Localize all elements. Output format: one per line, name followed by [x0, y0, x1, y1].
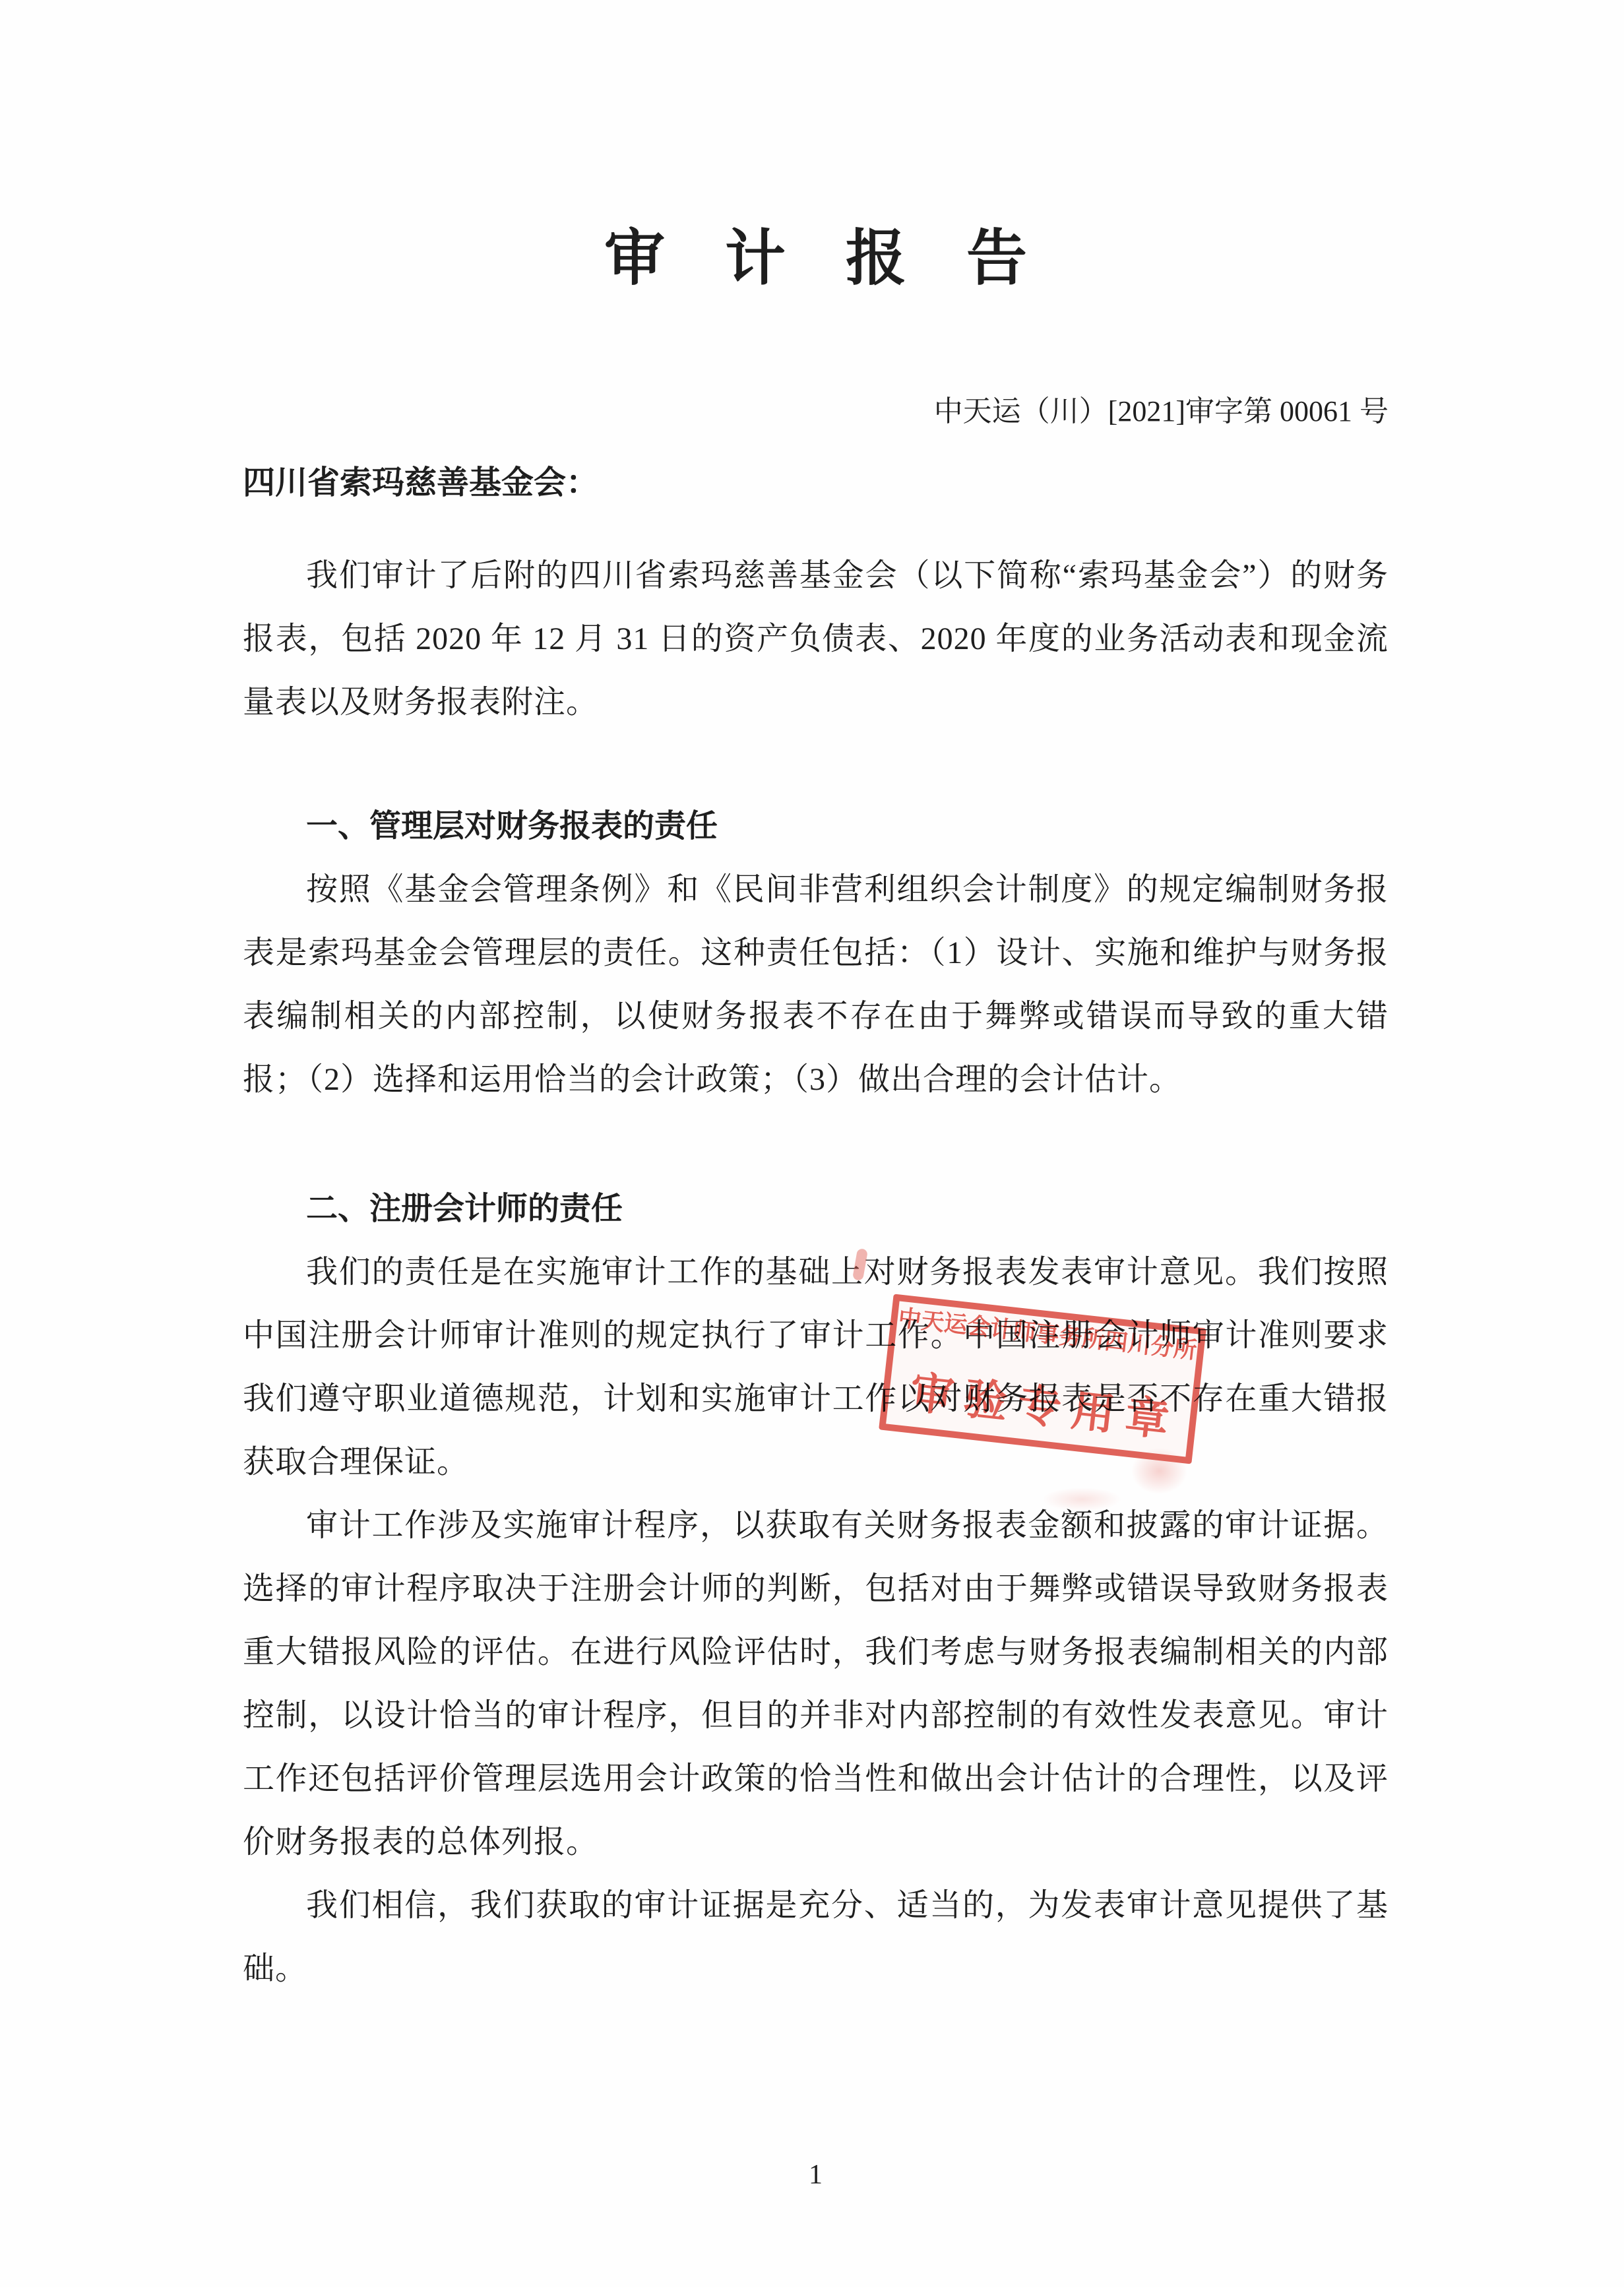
document-content: 审 计 报 告 中天运（川）[2021]审字第 00061 号 四川省索玛慈善基… [0, 0, 1624, 2001]
section-2-paragraph-3: 我们相信，我们获取的审计证据是充分、适当的，为发表审计意见提供了基础。 [243, 1874, 1389, 2001]
page-number: 1 [243, 2158, 1389, 2191]
section-1-paragraph-1: 按照《基金会管理条例》和《民间非营利组织会计制度》的规定编制财务报表是索玛基金会… [243, 858, 1389, 1112]
addressee-line: 四川省索玛慈善基金会： [243, 461, 1389, 505]
document-title: 审 计 报 告 [243, 224, 1411, 293]
audit-report-page: 审 计 报 告 中天运（川）[2021]审字第 00061 号 四川省索玛慈善基… [0, 0, 1624, 2287]
section-2-heading: 二、注册会计师的责任 [306, 1177, 1389, 1241]
section-2-paragraph-2: 审计工作涉及实施审计程序，以获取有关财务报表金额和披露的审计证据。选择的审计程序… [243, 1494, 1389, 1874]
section-2-paragraph-1: 我们的责任是在实施审计工作的基础上对财务报表发表审计意见。我们按照中国注册会计师… [243, 1241, 1389, 1494]
section-1-heading: 一、管理层对财务报表的责任 [306, 795, 1389, 858]
intro-paragraph: 我们审计了后附的四川省索玛慈善基金会（以下简称“索玛基金会”）的财务报表，包括 … [243, 544, 1389, 734]
reference-number: 中天运（川）[2021]审字第 00061 号 [243, 392, 1389, 431]
